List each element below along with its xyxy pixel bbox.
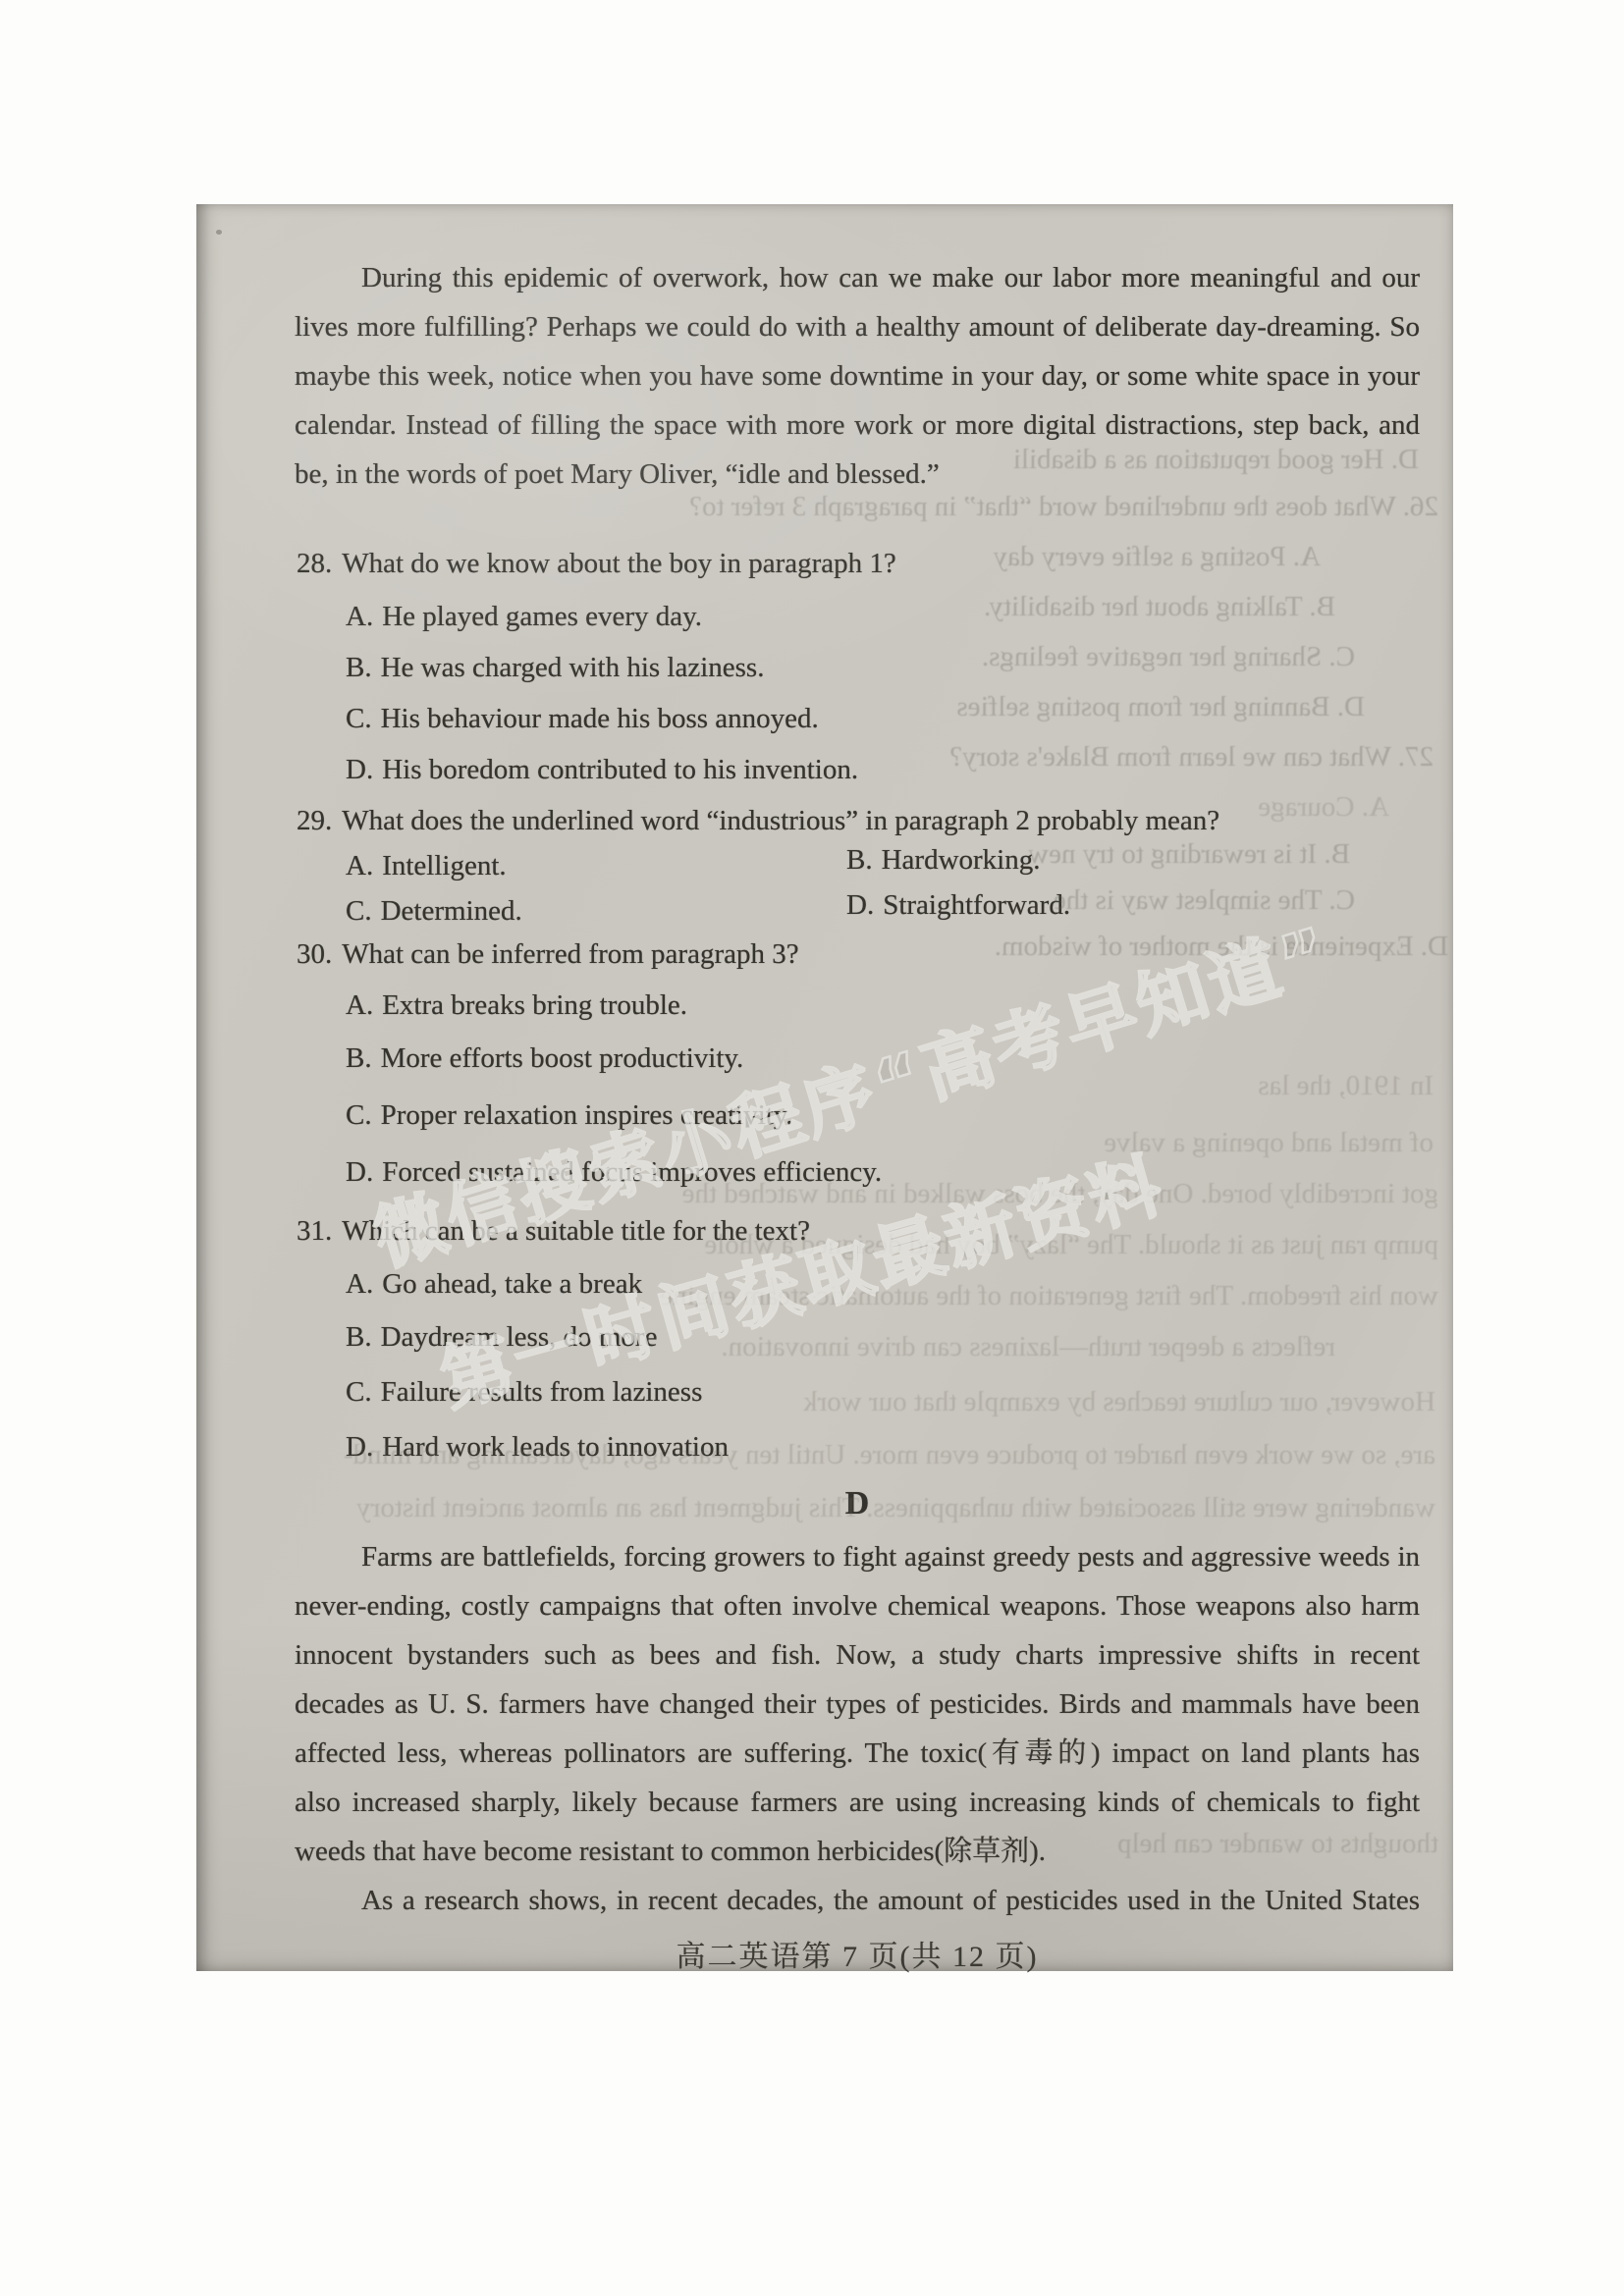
option-label: C. [346,703,372,735]
bleedthrough-text: In 1910, the las [1149,1070,1434,1102]
bleedthrough-text: C. Sharing her negative feelings. [987,641,1355,673]
option-text: Proper relaxation inspires creativity. [381,1099,793,1131]
passage-line: lives more fulfilling? Perhaps we could … [295,307,1420,347]
option-text: Hardworking. [882,844,1041,876]
passage-line: calendar. Instead of filling the space w… [295,405,1420,445]
passage-d-line: affected less, whereas pollinators are s… [295,1734,1420,1773]
option-label: A. [346,989,373,1022]
option-text: He was charged with his laziness. [381,652,765,683]
paper-speck [216,230,222,235]
question-29-option-b: B.Hardworking. [846,844,1040,877]
page-footer: 高二英语第 7 页(共 12 页) [295,1932,1420,1975]
question-28-stem: 28.What do we know about the boy in para… [297,548,896,580]
option-label: B. [346,652,372,684]
question-30-option-b: B.More efforts boost productivity. [346,1042,743,1075]
exam-paper-photo: During this epidemic of overwork, how ca… [0,0,1624,2296]
bleedthrough-text: D. Experience is the mother of wisdom. [1095,931,1448,963]
bleedthrough-text: A. Posting a selfie every day [967,541,1321,573]
option-text: His boredom contributed to his invention… [382,754,858,785]
question-number: 28. [297,548,332,580]
bleedthrough-text: got incredibly bored. One day, the boss … [349,1178,1438,1210]
bleedthrough-text: of metal and opening a valve [1011,1127,1434,1159]
question-number: 30. [297,938,332,971]
question-28-option-a: A.He played games every day. [346,601,702,633]
passage-d-line: also increased sharply, likely because f… [295,1783,1420,1822]
passage-d-line: decades as U. S. farmers have changed th… [295,1684,1420,1724]
option-text: Determined. [381,895,522,927]
question-text: What can be inferred from paragraph 3? [342,938,798,970]
option-text: His behaviour made his boss annoyed. [381,703,819,734]
option-text: Extra breaks bring trouble. [382,989,687,1021]
passage-d-line: As a research shows, in recent decades, … [361,1881,1420,1920]
passage-line: During this epidemic of overwork, how ca… [361,258,1420,297]
question-28-option-b: B.He was charged with his laziness. [346,652,764,684]
bleedthrough-text: 27. What can we learn from Blake's story… [933,741,1434,774]
option-label: C. [346,1099,372,1132]
option-text: More efforts boost productivity. [381,1042,744,1074]
question-text: What does the underlined word “industrio… [342,805,1219,836]
bleedthrough-text: D. Banning her from posting selfies [972,691,1365,723]
bleedthrough-text: B. Talking about her disability. [962,591,1335,623]
bleedthrough-text: pump ran just as it should. The “lazy” b… [349,1229,1438,1261]
question-29-option-d: D.Straightforward. [846,889,1070,922]
question-number: 29. [297,805,332,837]
option-label: D. [346,754,373,786]
bleedthrough-text: 26. What does the underlined word “that”… [648,491,1438,523]
bleedthrough-text: reflects a deeper truth—laziness can dri… [349,1331,1335,1363]
bleedthrough-text: wandering were still associated with unh… [295,1492,1435,1524]
bleedthrough-text: However, our culture teaches by example … [589,1386,1435,1418]
option-label: D. [846,889,874,922]
option-label: A. [346,601,373,633]
question-30-stem: 30.What can be inferred from paragraph 3… [297,938,799,971]
bleedthrough-text: B. It is rewarding to try new [1041,838,1350,871]
question-text: What do we know about the boy in paragra… [342,548,896,579]
passage-line: maybe this week, notice when you have so… [295,356,1420,396]
option-label: C. [346,1376,372,1409]
option-text: Intelligent. [382,850,506,881]
option-label: A. [346,850,373,882]
question-number: 31. [297,1215,332,1248]
passage-d-line: innocent bystanders such as bees and fis… [295,1635,1420,1675]
option-label: B. [846,844,873,877]
bleedthrough-text: A. Courage [1242,791,1389,824]
bleedthrough-text: thoughts to wander can help [1124,1828,1438,1860]
passage-d-line: Farms are battlefields, forcing growers … [361,1537,1420,1576]
option-label: C. [346,895,372,928]
option-text: He played games every day. [382,601,702,632]
passage-d-line: never-ending, costly campaigns that ofte… [295,1586,1420,1626]
bleedthrough-text: C. The simplest way is the [1070,884,1355,917]
question-28-option-d: D.His boredom contributed to his inventi… [346,754,858,786]
option-label: B. [346,1042,372,1075]
question-29-stem: 29.What does the underlined word “indust… [297,805,1219,837]
exam-page: During this epidemic of overwork, how ca… [196,204,1453,1971]
question-30-option-a: A.Extra breaks bring trouble. [346,989,687,1022]
bleedthrough-text: won his freedom. The first generation of… [349,1280,1438,1312]
question-29-option-c: C.Determined. [346,895,522,928]
question-28-option-c: C.His behaviour made his boss annoyed. [346,703,819,735]
bleedthrough-text: are, so we work even harder to produce e… [295,1439,1435,1471]
bleedthrough-text: D. Her good reputation as a disabili [987,444,1419,476]
question-29-option-a: A.Intelligent. [346,850,507,882]
option-text: Straightforward. [883,889,1070,921]
question-30-option-c: C.Proper relaxation inspires creativity. [346,1099,793,1132]
